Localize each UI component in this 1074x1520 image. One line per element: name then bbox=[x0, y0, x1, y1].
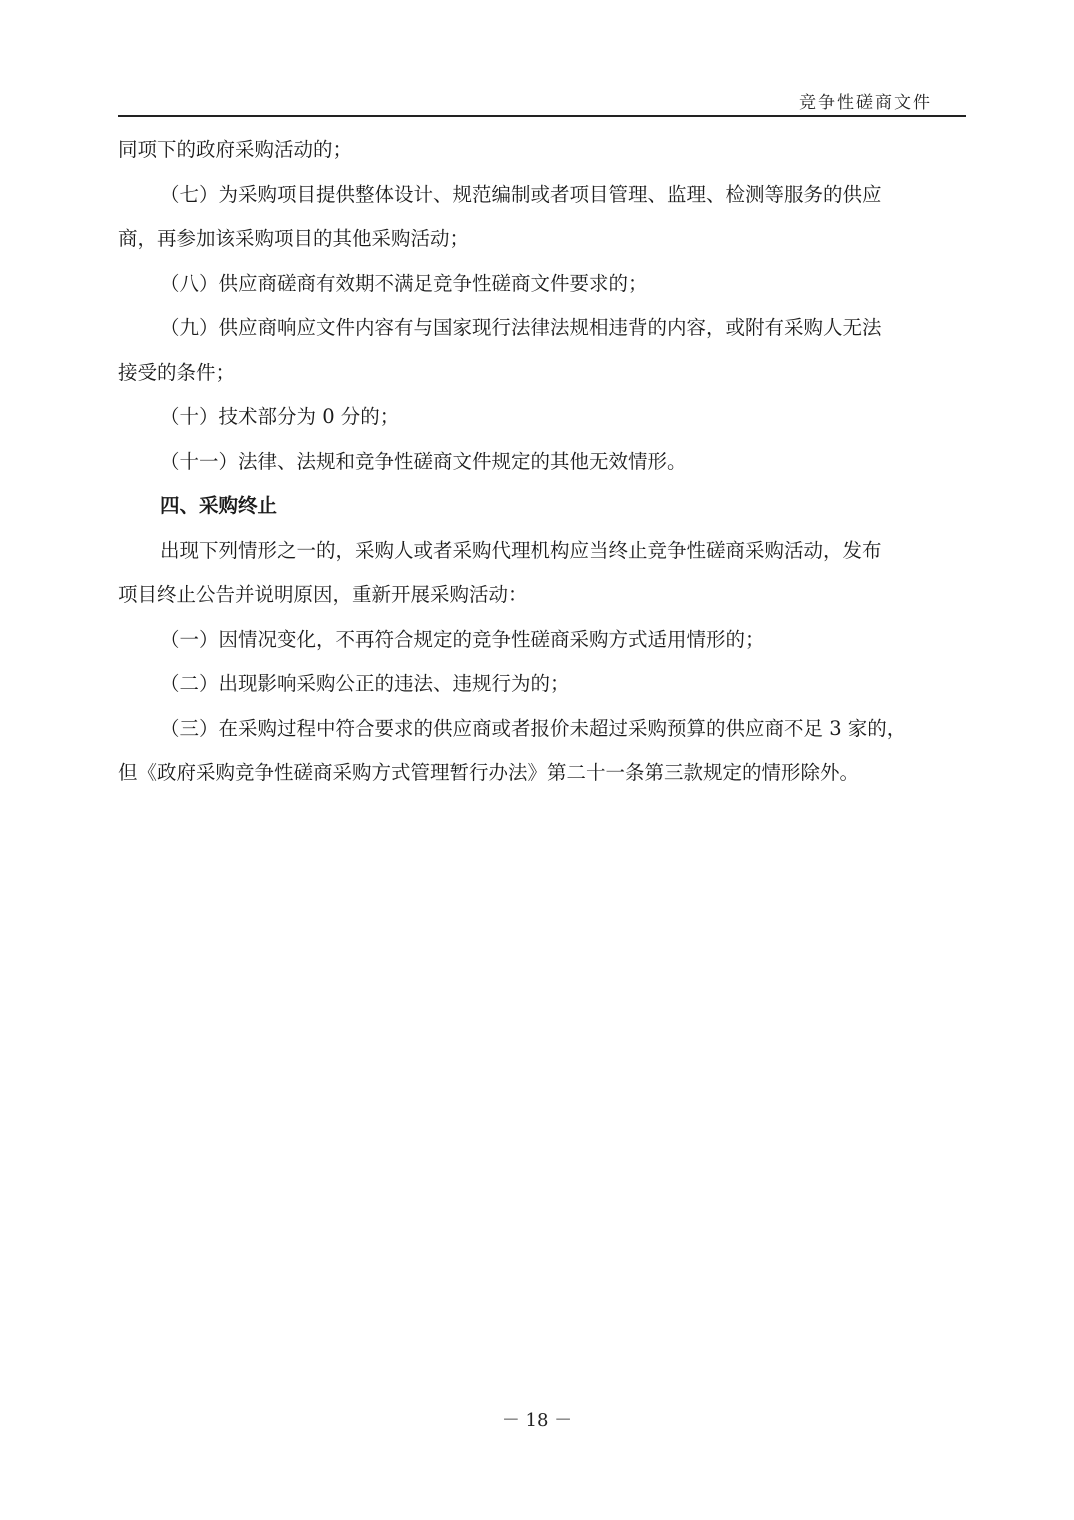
termination-item-2: （二）出现影响采购公正的违法、违规行为的； bbox=[118, 662, 968, 707]
document-body: 同项下的政府采购活动的； （七）为采购项目提供整体设计、规范编制或者项目管理、监… bbox=[118, 128, 968, 796]
section-heading-procurement-termination: 四、采购终止 bbox=[118, 484, 968, 529]
body-line-continuation: 同项下的政府采购活动的； bbox=[118, 128, 968, 173]
page-number: － 18 － bbox=[0, 1406, 1074, 1432]
item-7-continuation: 商，再参加该采购项目的其他采购活动； bbox=[118, 217, 968, 262]
item-8: （八）供应商磋商有效期不满足竞争性磋商文件要求的； bbox=[118, 262, 968, 307]
termination-intro-continuation: 项目终止公告并说明原因，重新开展采购活动： bbox=[118, 573, 968, 618]
termination-item-3-continuation: 但《政府采购竞争性磋商采购方式管理暂行办法》第二十一条第三款规定的情形除外。 bbox=[118, 751, 968, 796]
item-9-continuation: 接受的条件； bbox=[118, 351, 968, 396]
item-9: （九）供应商响应文件内容有与国家现行法律法规相违背的内容，或附有采购人无法 bbox=[118, 306, 968, 351]
header-divider bbox=[118, 115, 966, 117]
item-7: （七）为采购项目提供整体设计、规范编制或者项目管理、监理、检测等服务的供应 bbox=[118, 173, 968, 218]
item-10: （十）技术部分为 0 分的； bbox=[118, 395, 968, 440]
header-title: 竞争性磋商文件 bbox=[700, 88, 932, 113]
item-11: （十一）法律、法规和竞争性磋商文件规定的其他无效情形。 bbox=[118, 440, 968, 485]
termination-item-1: （一）因情况变化，不再符合规定的竞争性磋商采购方式适用情形的； bbox=[118, 618, 968, 663]
termination-item-3: （三）在采购过程中符合要求的供应商或者报价未超过采购预算的供应商不足 3 家的， bbox=[118, 707, 968, 752]
termination-intro: 出现下列情形之一的，采购人或者采购代理机构应当终止竞争性磋商采购活动，发布 bbox=[118, 529, 968, 574]
